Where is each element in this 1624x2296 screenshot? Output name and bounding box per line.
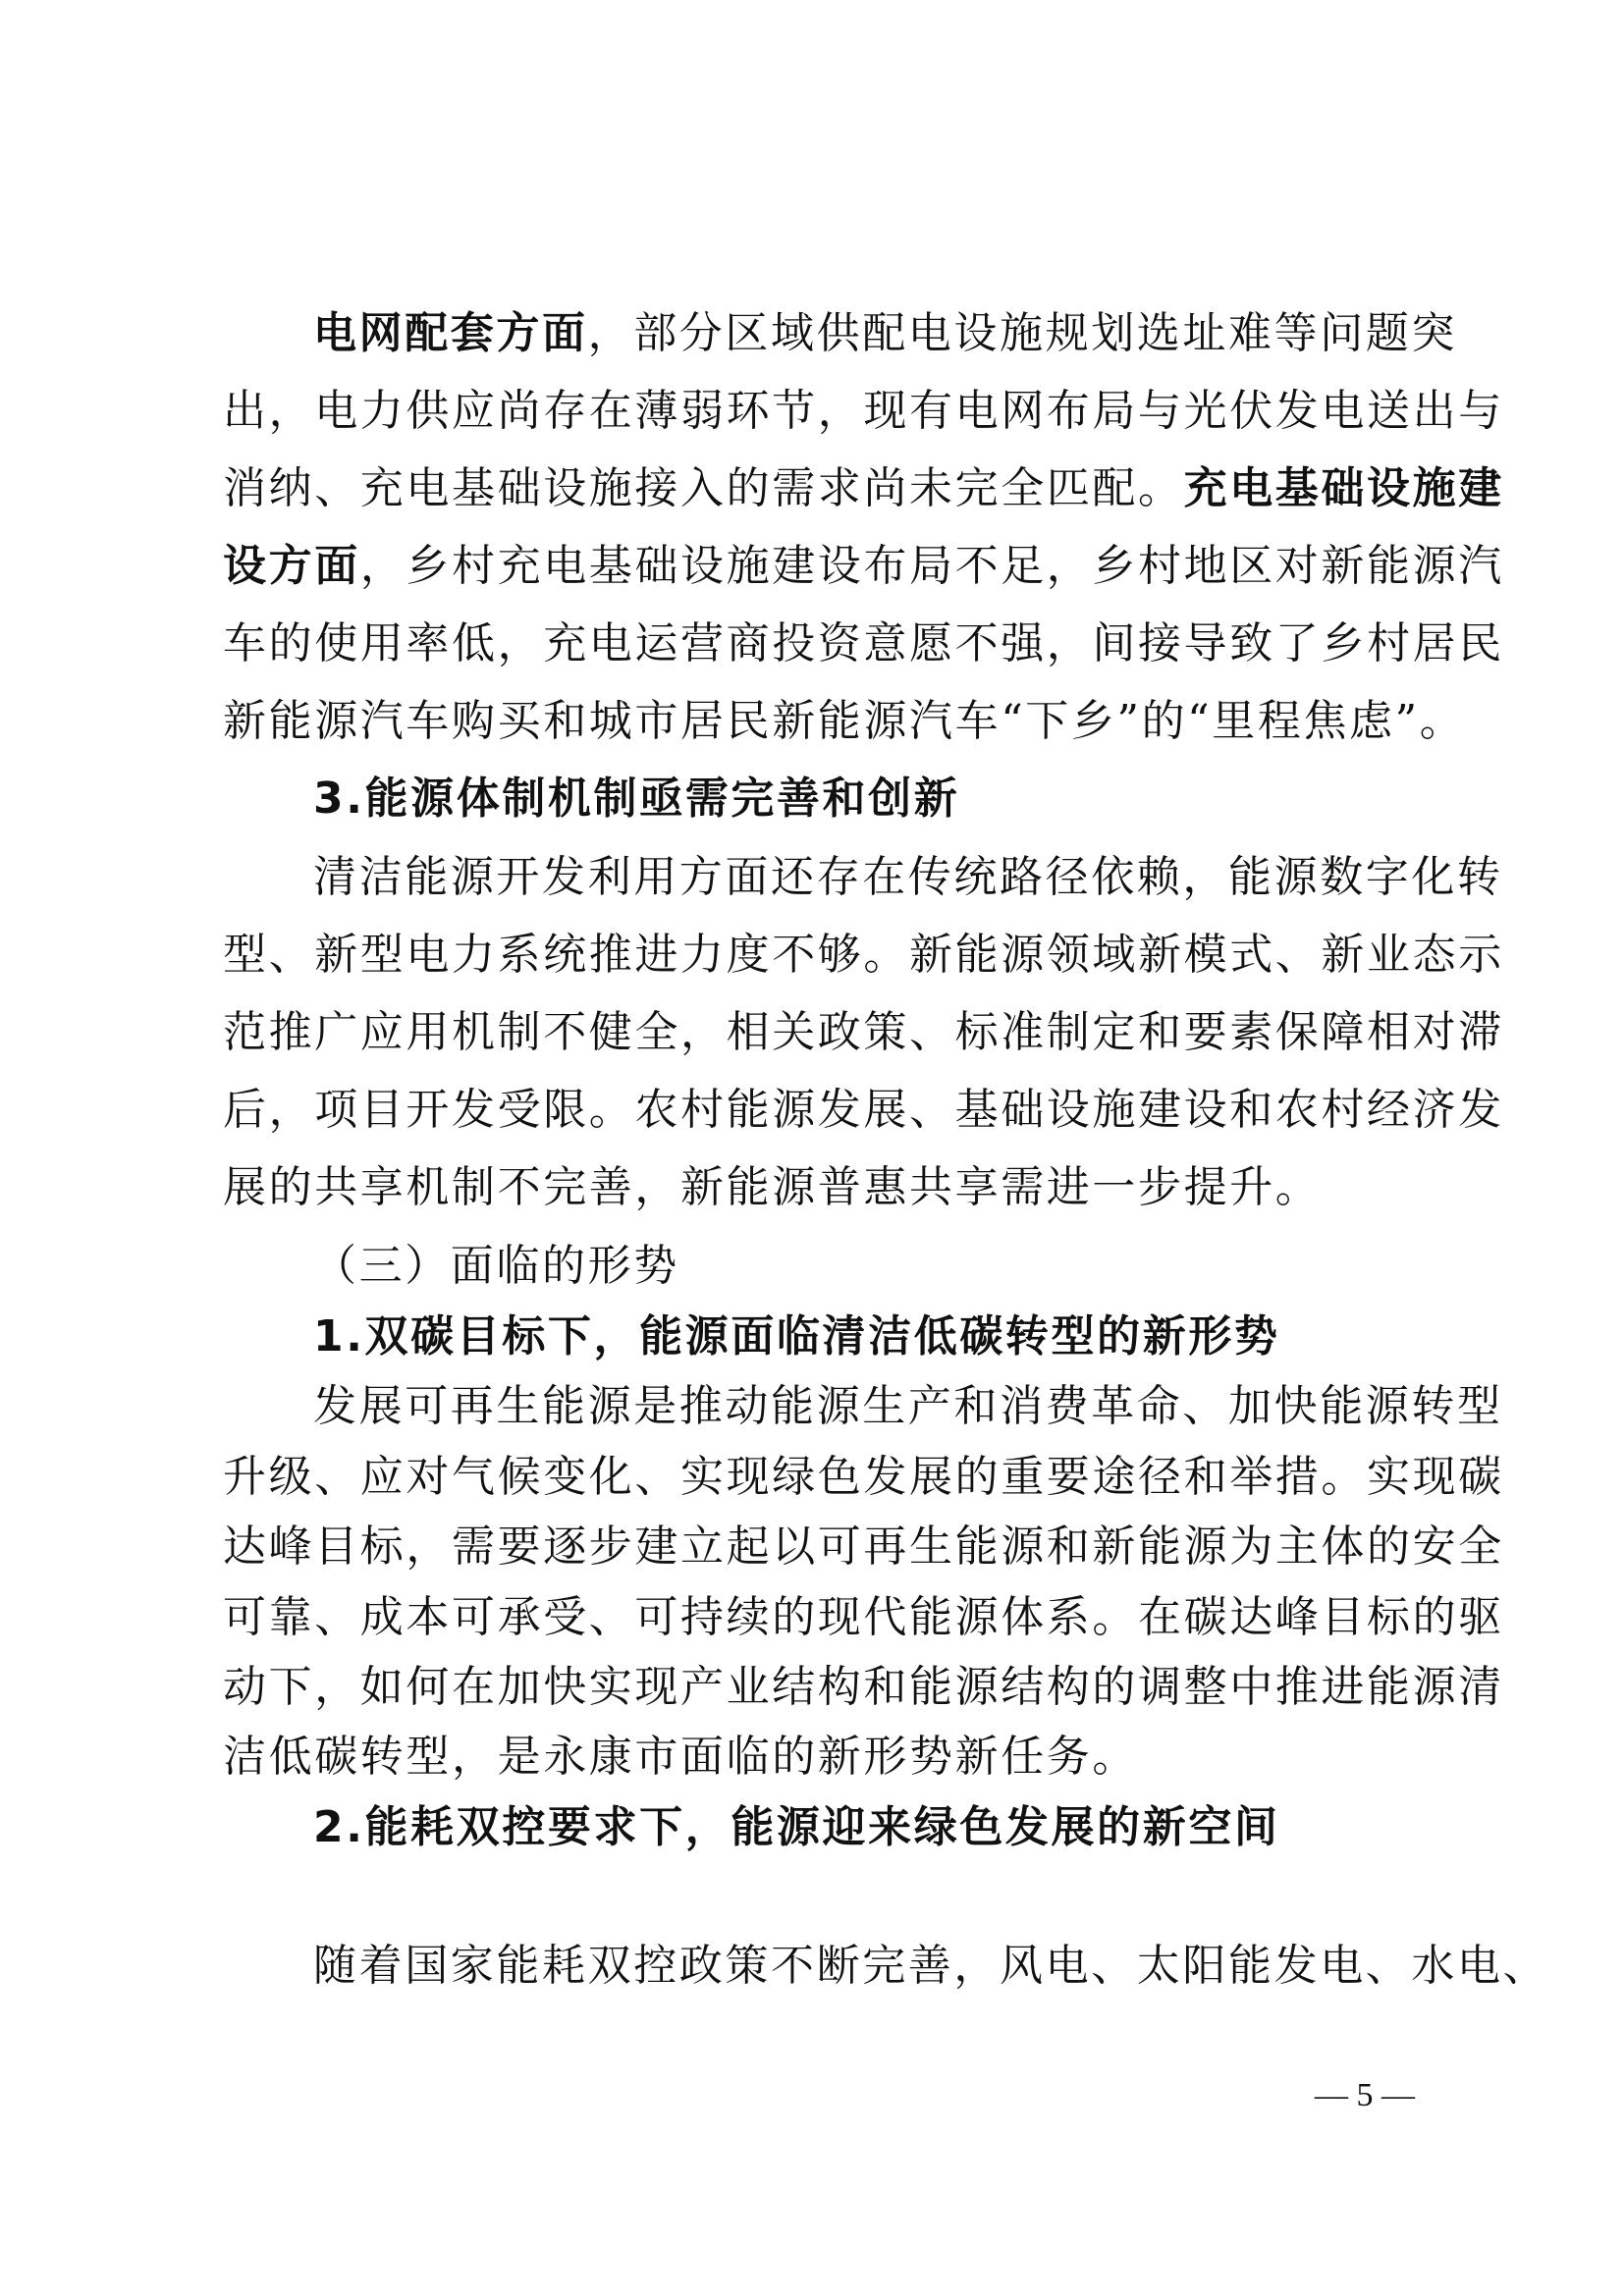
text: 范推广应用机制不健全，相关政策、标准制定和要素保障相对滞 [223,1007,1504,1057]
paragraph-line: 发展可再生能源是推动能源生产和消费革命、加快能源转型 [223,1379,1423,1434]
paragraph-line: 出，电力供应尚存在薄弱环节，现有电网布局与光伏发电送出与 [223,384,1423,439]
text: 出，电力供应尚存在薄弱环节，现有电网布局与光伏发电送出与 [223,386,1504,436]
text: 动下，如何在加快实现产业结构和能源结构的调整中推进能源清 [223,1662,1504,1712]
text: （三）面临的形势 [313,1241,679,1291]
text: 消纳、充电基础设施接入的需求尚未完全匹配。 [223,463,1184,513]
heading-line: 3.能源体制机制亟需完善和创新 [223,772,1423,827]
paragraph-line: 洁低碳转型，是永康市面临的新形势新任务。 [223,1730,1423,1785]
paragraph-line: 消纳、充电基础设施接入的需求尚未完全匹配。充电基础设施建 [223,461,1423,516]
text: 型、新型电力系统推进力度不够。新能源领域新模式、新业态示 [223,930,1504,980]
text: ，乡村充电基础设施建设布局不足，乡村地区对新能源汽 [360,541,1504,591]
page-number: — 5 — [1296,2073,1434,2118]
text: 升级、应对气候变化、实现绿色发展的重要途径和举措。实现碳 [223,1452,1504,1502]
text: 达峰目标，需要逐步建立起以可再生能源和新能源为主体的安全 [223,1522,1504,1572]
subsection-line: （三）面临的形势 [223,1239,1423,1294]
paragraph-line: 随着国家能耗双控政策不断完善，风电、太阳能发电、水电、 [223,1939,1423,1994]
paragraph-line: 新能源汽车购买和城市居民新能源汽车“下乡”的“里程焦虑”。 [223,694,1423,749]
paragraph-line: 范推广应用机制不健全，相关政策、标准制定和要素保障相对滞 [223,1005,1423,1060]
bold-text: 电网配套方面 [313,308,588,358]
bold-text: 3.能源体制机制亟需完善和创新 [313,774,959,824]
text: 清洁能源开发利用方面还存在传统路径依赖，能源数字化转 [313,852,1503,902]
paragraph-line: 电网配套方面，部分区域供配电设施规划选址难等问题突 [223,306,1423,361]
document-page: 电网配套方面，部分区域供配电设施规划选址难等问题突出，电力供应尚存在薄弱环节，现… [0,0,1624,2296]
text: 可靠、成本可承受、可持续的现代能源体系。在碳达峰目标的驱 [223,1592,1504,1642]
paragraph-line: 型、新型电力系统推进力度不够。新能源领域新模式、新业态示 [223,928,1423,983]
text: 后，项目开发受限。农村能源发展、基础设施建设和农村经济发 [223,1085,1504,1135]
text: 发展可再生能源是推动能源生产和消费革命、加快能源转型 [313,1381,1503,1431]
paragraph-line: 后，项目开发受限。农村能源发展、基础设施建设和农村经济发 [223,1083,1423,1138]
bold-text: 1.双碳目标下，能源面临清洁低碳转型的新形势 [313,1311,1280,1362]
paragraph-line: 动下，如何在加快实现产业结构和能源结构的调整中推进能源清 [223,1660,1423,1715]
paragraph-line: 可靠、成本可承受、可持续的现代能源体系。在碳达峰目标的驱 [223,1590,1423,1645]
text: ，部分区域供配电设施规划选址难等问题突 [588,308,1457,358]
paragraph-line: 清洁能源开发利用方面还存在传统路径依赖，能源数字化转 [223,850,1423,905]
paragraph-line: 达峰目标，需要逐步建立起以可再生能源和新能源为主体的安全 [223,1520,1423,1575]
text: 新能源汽车购买和城市居民新能源汽车“下乡”的“里程焦虑”。 [223,696,1465,746]
heading-line: 1.双碳目标下，能源面临清洁低碳转型的新形势 [223,1309,1423,1364]
paragraph-line: 车的使用率低，充电运营商投资意愿不强，间接导致了乡村居民 [223,616,1423,671]
text: 随着国家能耗双控政策不断完善，风电、太阳能发电、水电、 [313,1941,1548,1991]
bold-text: 设方面 [223,541,360,591]
heading-line: 2.能耗双控要求下，能源迎来绿色发展的新空间 [223,1800,1423,1855]
paragraph-line: 升级、应对气候变化、实现绿色发展的重要途径和举措。实现碳 [223,1450,1423,1505]
bold-text: 2.能耗双控要求下，能源迎来绿色发展的新空间 [313,1802,1280,1852]
bold-text: 充电基础设施建 [1184,463,1504,513]
text: 展的共享机制不完善，新能源普惠共享需进一步提升。 [223,1162,1321,1212]
text: 车的使用率低，充电运营商投资意愿不强，间接导致了乡村居民 [223,618,1504,668]
text: 洁低碳转型，是永康市面临的新形势新任务。 [223,1732,1138,1782]
paragraph-line: 展的共享机制不完善，新能源普惠共享需进一步提升。 [223,1160,1423,1215]
paragraph-line: 设方面，乡村充电基础设施建设布局不足，乡村地区对新能源汽 [223,539,1423,594]
